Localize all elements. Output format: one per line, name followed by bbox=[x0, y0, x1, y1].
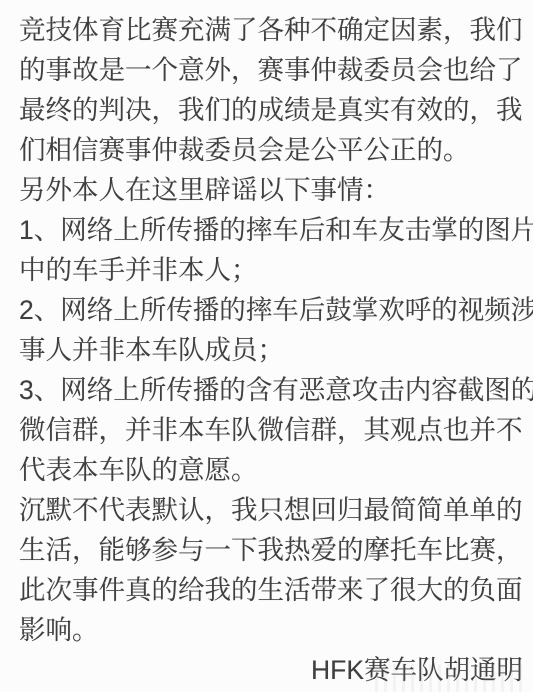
statement-line: 2、网络上所传播的摔车后鼓掌欢呼的视频涉 bbox=[19, 290, 525, 330]
statement-line: 代表本车队的意愿。 bbox=[19, 450, 525, 490]
statement-line: 沉默不代表默认，我只想回归最简简单单的 bbox=[19, 490, 525, 530]
statement-line: 微信群，并非本车队微信群，其观点也并不 bbox=[19, 410, 525, 450]
statement-line: 影响。 bbox=[19, 610, 525, 650]
statement-line: 生活，能够参与一下我热爱的摩托车比赛， bbox=[19, 530, 525, 570]
statement-line: 最终的判决，我们的成绩是真实有效的，我 bbox=[19, 90, 525, 130]
statement-line: 另外本人在这里辟谣以下事情： bbox=[19, 170, 525, 210]
statement-line: 们相信赛事仲裁委员会是公平公正的。 bbox=[19, 130, 525, 170]
statement-line: 此次事件真的给我的生活带来了很大的负面 bbox=[19, 570, 525, 610]
statement-line: 中的车手并非本人； bbox=[19, 250, 525, 290]
statement-line: 竞技体育比赛充满了各种不确定因素，我们 bbox=[19, 10, 525, 50]
statement-line: 3、网络上所传播的含有恶意攻击内容截图的 bbox=[19, 370, 525, 410]
statement-line: 事人并非本车队成员； bbox=[19, 330, 525, 370]
statement-line: 1、网络上所传播的摔车后和车友击掌的图片 bbox=[19, 210, 525, 250]
statement-document: 竞技体育比赛充满了各种不确定因素，我们 的事故是一个意外，赛事仲裁委员会也给了 … bbox=[0, 0, 533, 692]
signature-line: HFK赛车队胡通明 bbox=[19, 650, 525, 690]
statement-line: 的事故是一个意外，赛事仲裁委员会也给了 bbox=[19, 50, 525, 90]
